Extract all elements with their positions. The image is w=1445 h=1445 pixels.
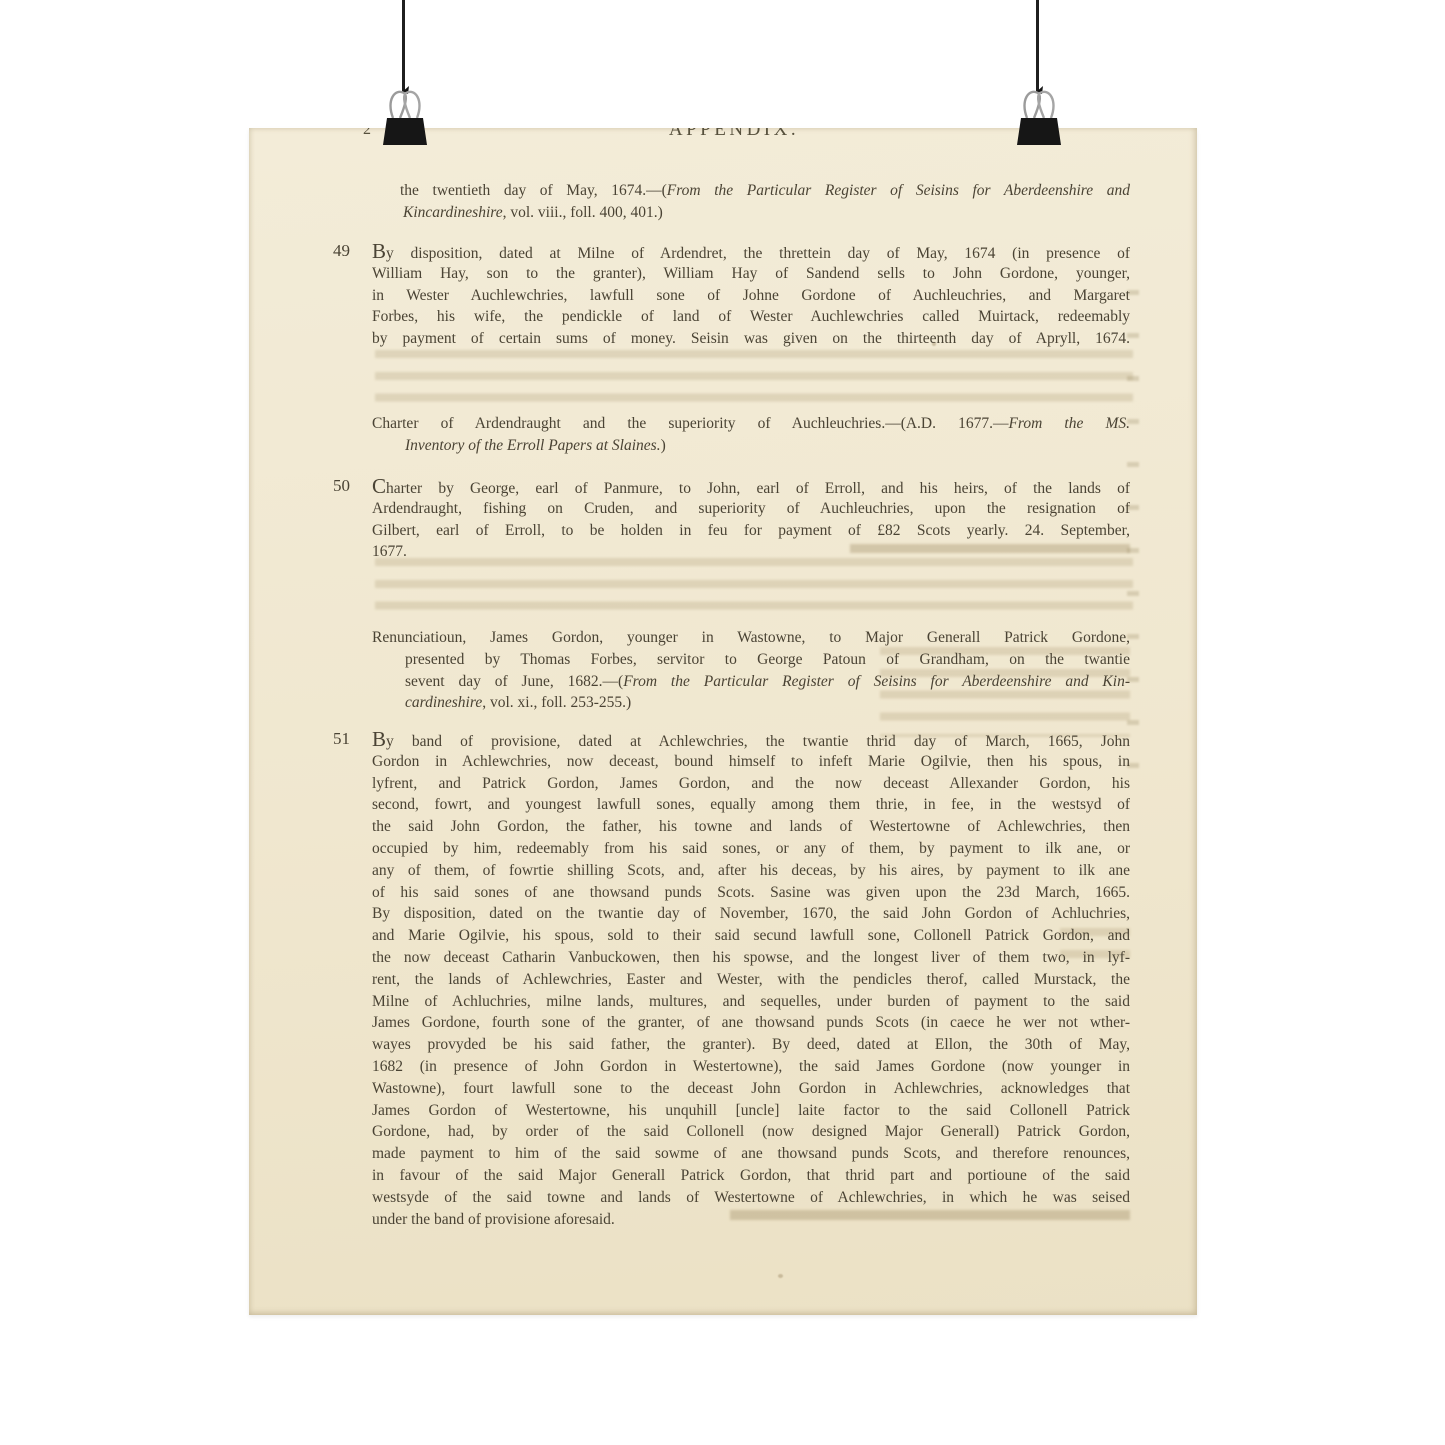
entry-text: harter by George, earl of Panmure, to Jo…	[386, 480, 1130, 497]
text-line: the twentieth day of May, 1674.—(From th…	[372, 180, 1130, 202]
citation-italic: From the Particular Register of Seisins …	[667, 182, 1130, 199]
entry-number: 50	[333, 476, 350, 496]
bleed-through-text	[375, 558, 1133, 622]
text-line: Inventory of the Erroll Papers at Slaine…	[372, 435, 1130, 457]
citation-roman: )	[661, 437, 666, 454]
hanging-string-left	[402, 0, 405, 92]
citation-continuation: the twentieth day of May, 1674.—(From th…	[372, 180, 1130, 224]
paper-speck	[778, 1274, 783, 1278]
text-line: Forbes, his wife, the pendickle of land …	[372, 306, 1130, 328]
citation-roman: the twentieth day of May, 1674.—(	[400, 182, 667, 199]
text-line: 1677.	[372, 541, 1130, 563]
text-line: Wastowne), fourt lawfull sone to the dec…	[372, 1078, 1130, 1100]
text-line: cardineshire, vol. xi., foll. 253-255.)	[372, 692, 1130, 714]
text-line: wayes provyded be his said father, the g…	[372, 1034, 1130, 1056]
text-line: in Wester Auchlewchries, lawfull sone of…	[372, 285, 1130, 307]
entry-text: y disposition, dated at Milne of Ardendr…	[386, 245, 1130, 262]
entry-49: 49 By disposition, dated at Milne of Ard…	[372, 241, 1130, 350]
text-line: Ardendraught, fishing on Cruden, and sup…	[372, 498, 1130, 520]
text-line: Charter by George, earl of Panmure, to J…	[372, 476, 1130, 498]
text-line: James Gordone, fourth sone of the grante…	[372, 1012, 1130, 1034]
text-line: any of them, of fowrtie shilling Scots, …	[372, 860, 1130, 882]
text-line: William Hay, son to the granter), Willia…	[372, 263, 1130, 285]
text-line: 1682 (in presence of John Gordon in West…	[372, 1056, 1130, 1078]
text-line: James Gordon of Westertowne, his unquhil…	[372, 1100, 1130, 1122]
text-line: occupied by him, redeemably from his sai…	[372, 838, 1130, 860]
text-line: Kincardineshire, vol. viii., foll. 400, …	[372, 202, 1130, 224]
text-line: by payment of certain sums of money. Sei…	[372, 328, 1130, 350]
clip-body	[383, 118, 427, 145]
entry-number: 51	[333, 729, 350, 749]
text-line: the now deceast Catharin Vanbuckowen, th…	[372, 947, 1130, 969]
text-line: Gordone, had, by order of the said Collo…	[372, 1121, 1130, 1143]
citation-roman: , vol. xi., foll. 253-255.)	[482, 694, 631, 711]
text-line: presented by Thomas Forbes, servitor to …	[372, 649, 1130, 671]
photo-of-hanging-poster: { "poster": { "page_number": "2", "heade…	[0, 0, 1445, 1445]
text-line: and Marie Ogilvie, his spous, sold to th…	[372, 925, 1130, 947]
entry-50: 50 Charter by George, earl of Panmure, t…	[372, 476, 1130, 563]
entry-initial: B	[372, 729, 386, 751]
citation-italic: Kincardineshire	[403, 204, 503, 221]
text-line: By disposition, dated at Milne of Ardend…	[372, 241, 1130, 263]
clip-body	[1017, 118, 1061, 145]
text-line: of his said sones of ane thowsand punds …	[372, 882, 1130, 904]
text-line: made payment to him of the said sowme of…	[372, 1143, 1130, 1165]
entry-51: 51 By band of provisione, dated at Achle…	[372, 729, 1130, 1230]
text-line: the said John Gordon, the father, his to…	[372, 816, 1130, 838]
text-line: in favour of the said Major Generall Pat…	[372, 1165, 1130, 1187]
text-line: under the band of provisione aforesaid.	[372, 1209, 1130, 1231]
citation-roman: Charter of Ardendraught and the superior…	[372, 415, 1008, 432]
entry-initial: B	[372, 241, 386, 263]
entry-initial: C	[372, 476, 386, 498]
citation-italic: From the Particular Register of Seisins …	[623, 673, 1130, 690]
binder-clip-left	[381, 84, 429, 146]
text-line: Gilbert, earl of Erroll, to be holden in…	[372, 520, 1130, 542]
text-line: Charter of Ardendraught and the superior…	[372, 413, 1130, 435]
entry-number: 49	[333, 241, 350, 261]
citation-italic: cardineshire	[405, 694, 482, 711]
binder-clip-right	[1015, 84, 1063, 146]
text-line: sevent day of June, 1682.—(From the Part…	[372, 671, 1130, 693]
text-line: By band of provisione, dated at Achlewch…	[372, 729, 1130, 751]
bleed-through-text	[375, 350, 1133, 408]
citation-roman: sevent day of June, 1682.—(	[405, 673, 623, 690]
text-line: Gordon in Achlewchries, now deceast, bou…	[372, 751, 1130, 773]
text-line: second, fowrt, and youngest lawfull sone…	[372, 794, 1130, 816]
citation-italic: From the MS.	[1008, 415, 1130, 432]
citation-roman: , vol. viii., foll. 400, 401.)	[503, 204, 663, 221]
poster-page: 2 APPENDIX. the twentieth day of May, 16…	[249, 128, 1197, 1315]
text-line: Renunciatioun, James Gordon, younger in …	[372, 627, 1130, 649]
text-line: westsyde of the said towne and lands of …	[372, 1187, 1130, 1209]
citation-italic: Inventory of the Erroll Papers at Slaine…	[405, 437, 661, 454]
text-line: Milne of Achluchries, milne lands, multu…	[372, 991, 1130, 1013]
entry-text: y band of provisione, dated at Achlewchr…	[386, 733, 1130, 750]
text-line: lyfrent, and Patrick Gordon, James Gordo…	[372, 773, 1130, 795]
charter-citation: Charter of Ardendraught and the superior…	[372, 413, 1130, 457]
text-line: By disposition, dated on the twantie day…	[372, 903, 1130, 925]
text-line: rent, the lands of Achlewchries, Easter …	[372, 969, 1130, 991]
hanging-string-right	[1036, 0, 1039, 92]
renunciation-citation: Renunciatioun, James Gordon, younger in …	[372, 627, 1130, 714]
